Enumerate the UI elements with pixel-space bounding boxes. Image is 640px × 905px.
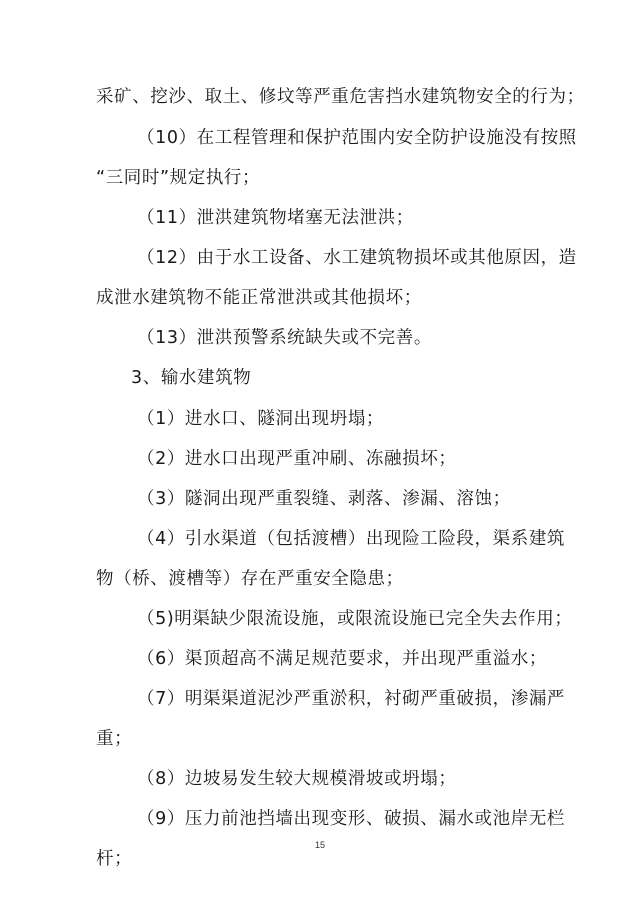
list-item-12-line-2: 成泄水建筑物不能正常泄洪或其他损坏； [96, 287, 422, 309]
list-item-9-line-2: 杆； [96, 848, 132, 870]
list-item-2: （2）进水口出现严重冲刷、冻融损坏； [137, 448, 456, 470]
document-page: 采矿、挖沙、取土、修坟等严重危害挡水建筑物安全的行为； （10）在工程管理和保护… [0, 0, 640, 905]
list-item-10-line-1: （10）在工程管理和保护范围内安全防护设施没有按照 [137, 127, 577, 149]
list-item-7-line-2: 重； [96, 728, 132, 750]
list-item-8: （8）边坡易发生较大规模滑坡或坍塌； [137, 768, 456, 790]
list-item-4-line-2: 物（桥、渡槽等）存在严重安全隐患； [96, 568, 404, 590]
list-item-7-line-1: （7）明渠渠道泥沙严重淤积，衬砌严重破损，渗漏严 [137, 688, 565, 710]
list-item-3: （3）隧洞出现严重裂缝、剥落、渗漏、溶蚀； [137, 488, 511, 510]
list-item-11: （11）泄洪建筑物堵塞无法泄洪； [137, 207, 414, 229]
list-item-10-line-2: “三同时”规定执行； [96, 167, 260, 189]
list-item-12-line-1: （12）由于水工设备、水工建筑物损坏或其他原因，造 [137, 247, 577, 269]
list-item-5: （5)明渠缺少限流设施，或限流设施已完全失去作用； [137, 608, 572, 630]
list-item-6: （6）渠顶超高不满足规范要求，并出现严重溢水； [137, 648, 547, 670]
list-item-1: （1）进水口、隧洞出现坍塌； [137, 408, 384, 430]
page-number: 15 [0, 840, 640, 850]
list-item-4-line-1: （4）引水渠道（包括渡槽）出现险工险段，渠系建筑 [137, 528, 565, 550]
section-heading-water-conveyance: 3、输水建筑物 [131, 367, 251, 389]
list-item-9-line-1: （9）压力前池挡墙出现变形、破损、漏水或池岸无栏 [137, 808, 565, 830]
list-item-13: （13）泄洪预警系统缺失或不完善。 [137, 327, 432, 349]
text-line-continuation: 采矿、挖沙、取土、修坟等严重危害挡水建筑物安全的行为； [96, 86, 585, 108]
